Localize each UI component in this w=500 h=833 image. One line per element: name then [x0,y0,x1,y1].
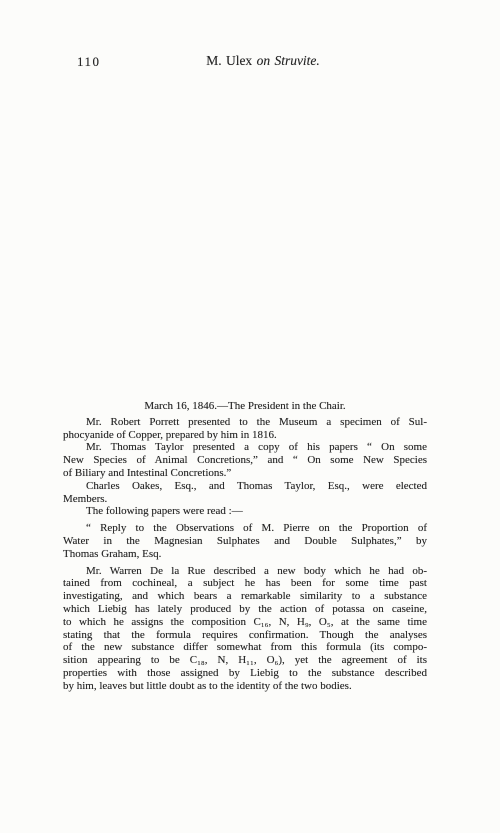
text-line: which Liebig has lately produced by the … [63,603,427,616]
text-line: of Biliary and Intestinal Concretions.” [63,467,427,480]
running-title: M. Ulex on Struvite. [13,53,500,69]
text-line: The following papers were read :— [63,505,427,518]
date-line: March 16, 1846.—The President in the Cha… [63,400,427,413]
text-line: by him, leaves but little doubt as to th… [63,680,427,693]
text-line: New Species of Animal Concretions,” and … [63,454,427,467]
text-line: tained from cochineal, a subject he has … [63,577,427,590]
text-line: phocyanide of Copper, prepared by him in… [63,429,427,442]
running-title-subject: on Struvite. [257,53,320,68]
paragraph: “ Reply to the Observations of M. Pierre… [63,522,427,560]
text-line: Mr. Thomas Taylor presented a copy of hi… [63,441,427,454]
text-block: March 16, 1846.—The President in the Cha… [63,400,427,693]
paragraph: Charles Oakes, Esq., and Thomas Taylor, … [63,480,427,506]
text-line: sition appearing to be C₁₈, N, H₁₁, O₆),… [63,654,427,667]
paragraph: Mr. Thomas Taylor presented a copy of hi… [63,441,427,479]
paragraph: Mr. Warren De la Rue described a new bod… [63,565,427,693]
text-line: of the new substance differ somewhat fro… [63,641,427,654]
text-line: properties with those assigned by Liebig… [63,667,427,680]
paragraph: The following papers were read :— [63,505,427,518]
text-line: investigating, and which bears a remarka… [63,590,427,603]
paragraph: Mr. Robert Porrett presented to the Muse… [63,416,427,442]
text-line: Charles Oakes, Esq., and Thomas Taylor, … [63,480,427,493]
text-line: to which he assigns the composition C₁₆,… [63,616,427,629]
running-title-author: M. Ulex [206,53,252,68]
text-line: Water in the Magnesian Sulphates and Dou… [63,535,427,548]
text-line: Mr. Warren De la Rue described a new bod… [63,565,427,578]
text-line: stating that the formula requires confir… [63,629,427,642]
scanned-page: 110 M. Ulex on Struvite. March 16, 1846.… [0,0,500,833]
text-line: Members. [63,493,427,506]
text-line: “ Reply to the Observations of M. Pierre… [63,522,427,535]
text-line: Thomas Graham, Esq. [63,548,427,561]
text-line: Mr. Robert Porrett presented to the Muse… [63,416,427,429]
